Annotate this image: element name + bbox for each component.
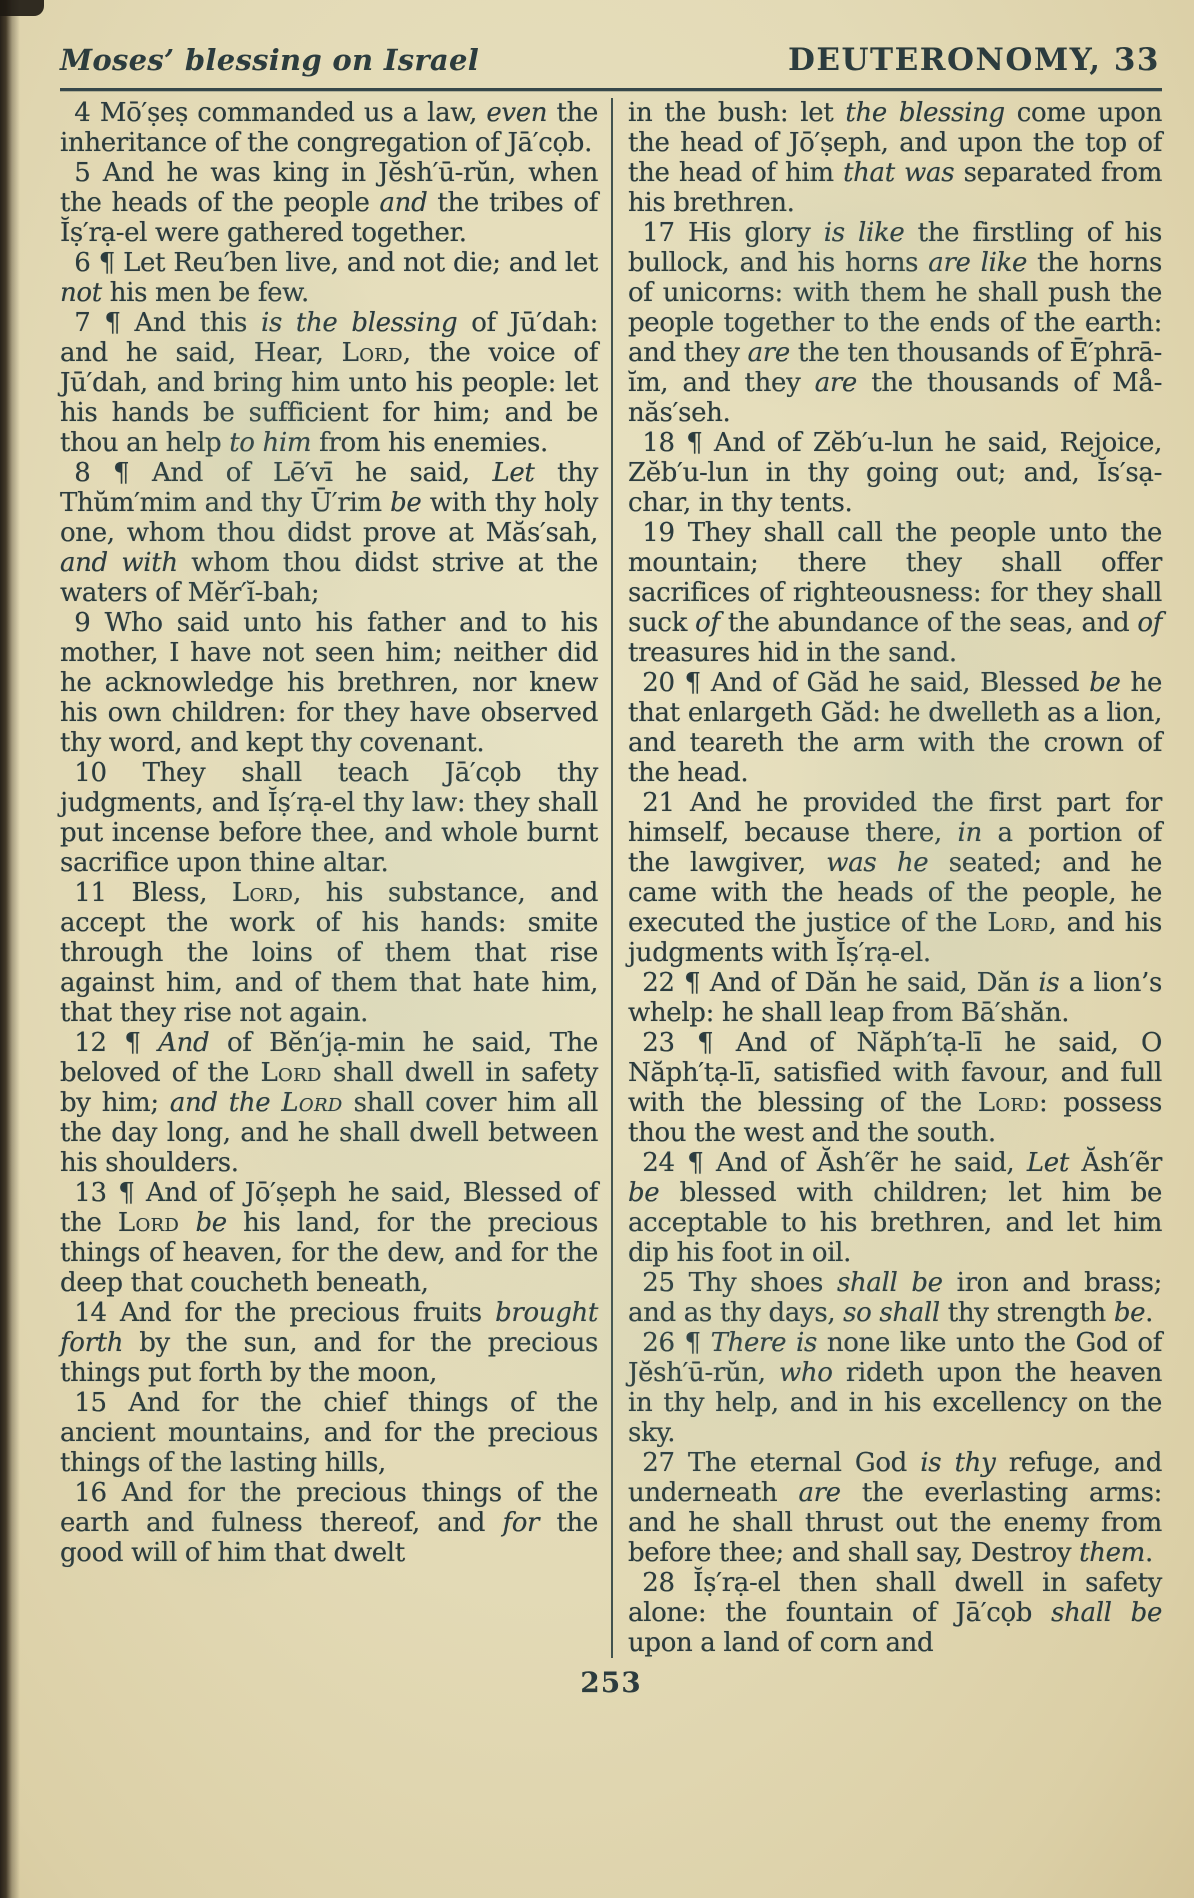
verse-4: 4 Mō′ṣeṣ commanded us a law, even the in… (60, 98, 598, 158)
verse-18: 18 ¶ And of Zĕb′u-lun he said, Rejoice, … (628, 428, 1162, 518)
verse-22: 22 ¶ And of Dăn he said, Dăn is a lion’s… (628, 968, 1162, 1028)
verse-17: 17 His glory is like the firstling of hi… (628, 218, 1162, 428)
running-header: Moses’ blessing on Israel DEUTERONOMY, 3… (60, 42, 1162, 88)
verse-7: 7 ¶ And this is the blessing of Jū′dah: … (60, 308, 598, 458)
verse-15: 15 And for the chief things of the ancie… (60, 1388, 598, 1478)
page-content: Moses’ blessing on Israel DEUTERONOMY, 3… (60, 42, 1162, 1699)
running-head-title: Moses’ blessing on Israel (60, 43, 479, 77)
verse-8: 8 ¶ And of Lē′vī he said, Let thy Thŭm′m… (60, 458, 598, 608)
verse-9: 9 Who said unto his father and to his mo… (60, 608, 598, 758)
verse-23: 23 ¶ And of Năph′tạ-lī he said, O Năph′t… (628, 1028, 1162, 1148)
scan-corner-shadow (0, 0, 44, 16)
scanned-bible-page: Moses’ blessing on Israel DEUTERONOMY, 3… (0, 0, 1194, 1898)
verse-26: 26 ¶ There is none like unto the God of … (628, 1328, 1162, 1448)
verse-6: 6 ¶ Let Reu′ben live, and not die; and l… (60, 248, 598, 308)
page-footer: 253 (60, 1666, 1162, 1699)
verse-10: 10 They shall teach Jā′cọb thy judgments… (60, 758, 598, 878)
verse-28: 28 Ĭṣ′rạ-el then shall dwell in safety a… (628, 1568, 1162, 1658)
verse-21: 21 And he provided the first part for hi… (628, 788, 1162, 968)
verse-19: 19 They shall call the people unto the m… (628, 518, 1162, 668)
column-left: 4 Mō′ṣeṣ commanded us a law, even the in… (60, 98, 611, 1658)
verse-16-continued: in the bush: let the blessing come upon … (628, 98, 1162, 218)
verse-13: 13 ¶ And of Jō′ṣeph he said, Blessed of … (60, 1178, 598, 1298)
verse-20: 20 ¶ And of Găd he said, Blessed be he t… (628, 668, 1162, 788)
header-rule (60, 88, 1162, 91)
verse-16: 16 And for the precious things of the ea… (60, 1478, 598, 1568)
book-chapter-heading: DEUTERONOMY, 33 (788, 42, 1160, 78)
verse-27: 27 The eternal God is thy refuge, and un… (628, 1448, 1162, 1568)
column-right: in the bush: let the blessing come upon … (611, 98, 1162, 1658)
verse-12: 12 ¶ And of Bĕn′jạ-min he said, The belo… (60, 1028, 598, 1178)
verse-5: 5 And he was king in Jĕsh′ū-rŭn, when th… (60, 158, 598, 248)
page-number: 253 (580, 1666, 641, 1699)
verse-25: 25 Thy shoes shall be iron and brass; an… (628, 1268, 1162, 1328)
verse-11: 11 Bless, Lord, his substance, and accep… (60, 878, 598, 1028)
text-columns: 4 Mō′ṣeṣ commanded us a law, even the in… (60, 98, 1162, 1658)
verse-24: 24 ¶ And of Ăsh′ẽr he said, Let Ăsh′ẽr b… (628, 1148, 1162, 1268)
book-spine-edge (0, 0, 20, 1898)
verse-14: 14 And for the precious fruits brought f… (60, 1298, 598, 1388)
